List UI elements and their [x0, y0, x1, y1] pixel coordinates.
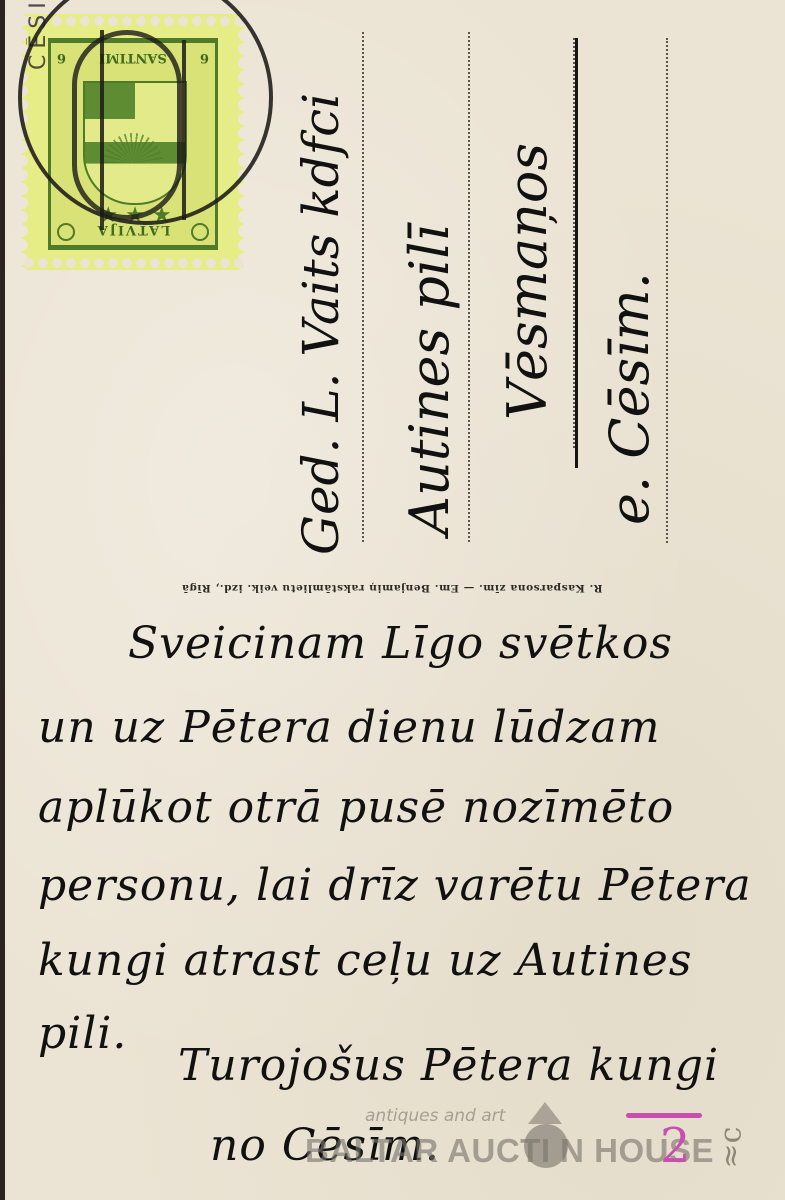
- message-line-4: personu, lai drīz varētu Pētera: [38, 860, 752, 911]
- message-line-1: Sveicinam Līgo svētkos: [128, 618, 673, 669]
- watermark-tagline: antiques and art: [365, 1106, 505, 1126]
- pencil-annotation: ≈c: [713, 1127, 748, 1169]
- message-line-6: pili.: [38, 1008, 127, 1059]
- postmark-cancel-bar: [182, 40, 186, 220]
- postmark-cancel-bar: [100, 30, 104, 230]
- postmark-inner-ring: [72, 30, 182, 220]
- card-edge-shadow: [0, 0, 5, 1200]
- postcard-back: 6 SANTIMI 6 ★ ★ ★ LATVIJA CĒSIS Ged. L. …: [0, 0, 785, 1200]
- address-recipient: Ged. L. Vaits kdfci: [292, 93, 350, 555]
- postmark-text: CĒSIS: [26, 0, 51, 70]
- publisher-imprint: R. Kasparsona zīm. — Em. Benjamiņ rakstā…: [62, 582, 722, 594]
- message-line-3: aplūkot otrā pusē nozīmēto: [38, 782, 674, 833]
- message-closing: Turojošus Pētera kungi: [178, 1040, 719, 1091]
- watermark-brand: BALTAR AUCTI N HOUSE: [305, 1132, 714, 1170]
- crown-logo-icon: [528, 1102, 562, 1124]
- address-line-1-guide: [362, 32, 364, 542]
- address-line-4-guide: [666, 38, 668, 543]
- address-village: Vēsmaņos: [496, 143, 559, 420]
- pink-inventory-number: 2: [660, 1122, 691, 1170]
- message-line-5: kungi atrast ceļu uz Autines: [38, 935, 692, 986]
- address-underline: [575, 38, 578, 468]
- message-line-2: un uz Pētera dienu lūdzam: [38, 702, 660, 753]
- address-town: e. Cēsīm.: [598, 272, 661, 525]
- address-location: Autines pilī: [398, 224, 461, 535]
- address-line-2-guide: [468, 32, 470, 542]
